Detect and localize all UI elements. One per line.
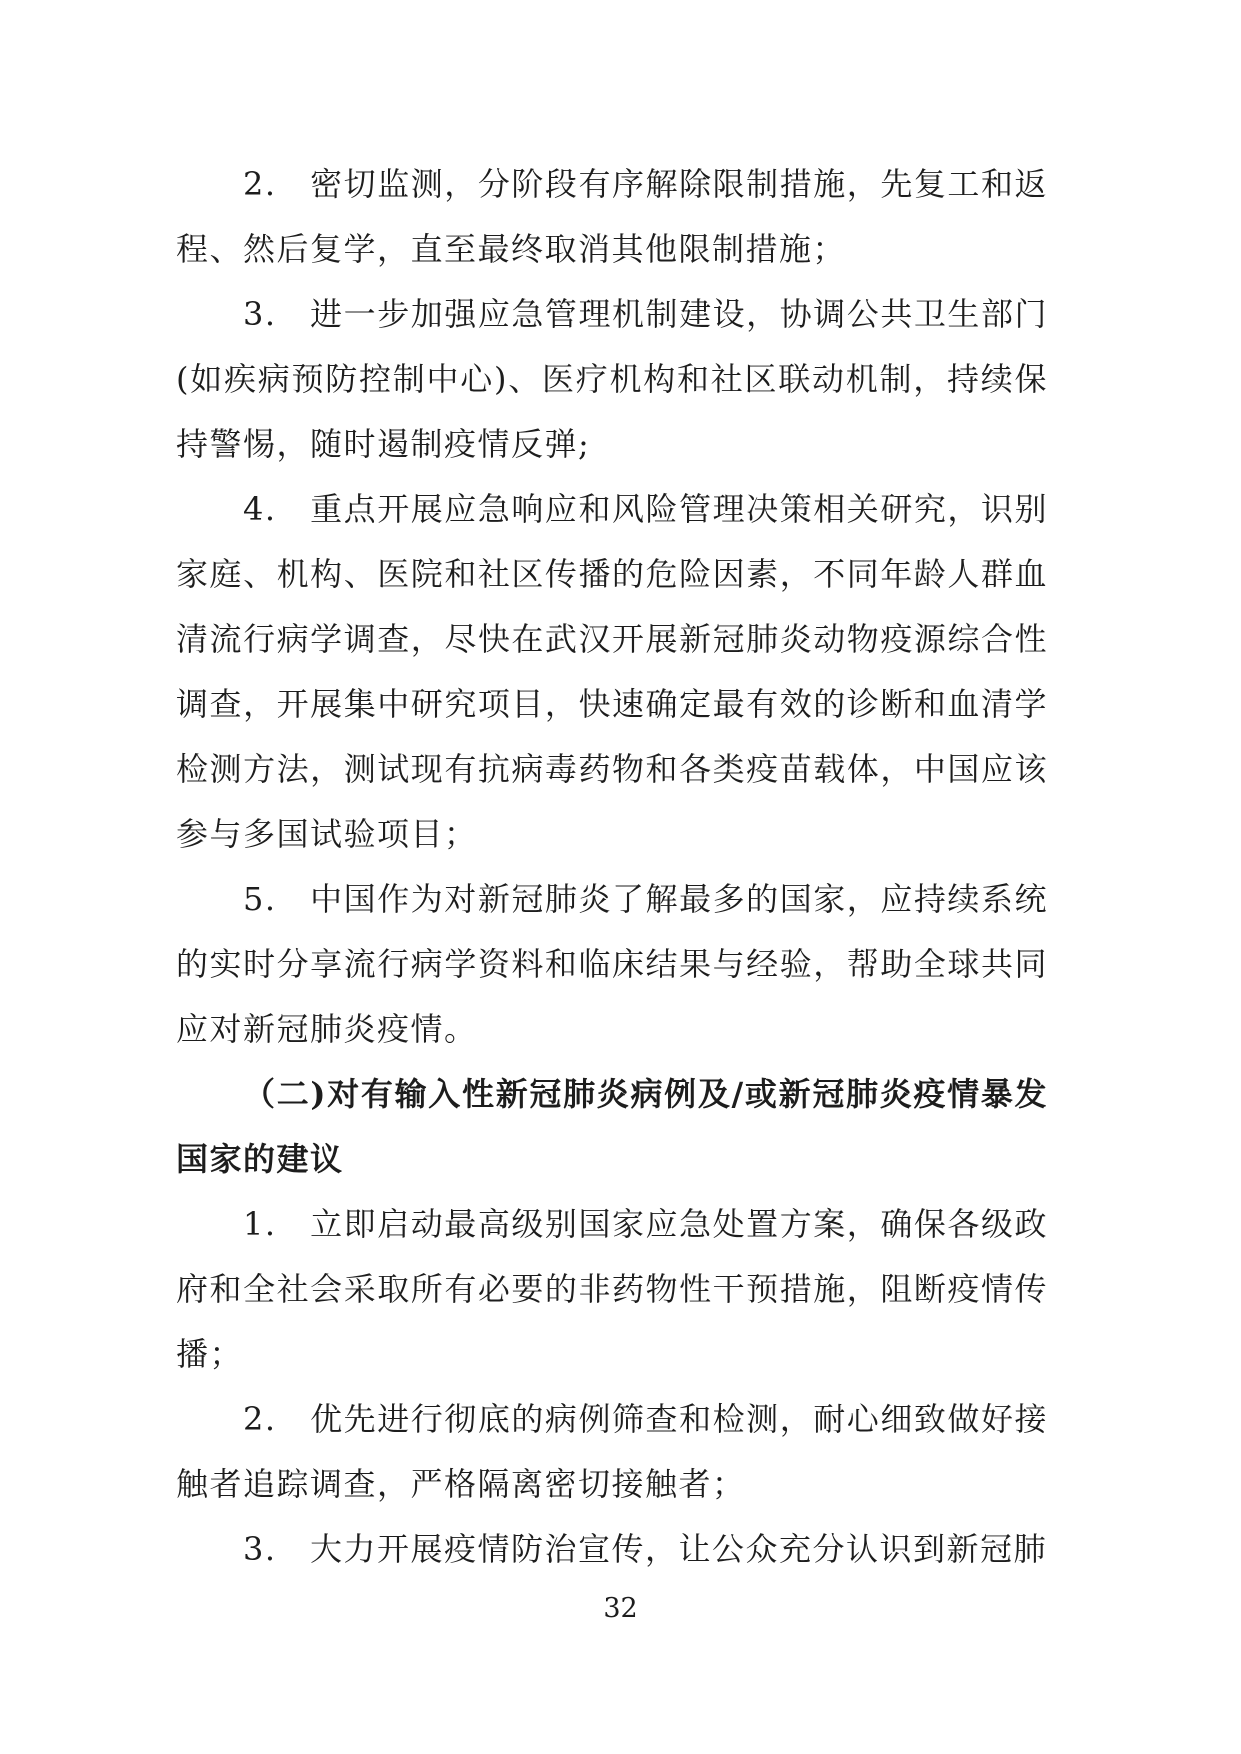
paragraph-recommendation-2: 2. 优先进行彻底的病例筛查和检测，耐心细致做好接触者追踪调查，严格隔离密切接触… [176,1387,1048,1517]
paragraph-measure-5: 5. 中国作为对新冠肺炎了解最多的国家，应持续系统的实时分享流行病学资料和临床结… [176,867,1048,1062]
paragraph-measure-4: 4. 重点开展应急响应和风险管理决策相关研究，识别家庭、机构、医院和社区传播的危… [176,477,1048,867]
paragraph-measure-3: 3. 进一步加强应急管理机制建设，协调公共卫生部门(如疾病预防控制中心)、医疗机… [176,282,1048,477]
paragraph-recommendation-1: 1. 立即启动最高级别国家应急处置方案，确保各级政府和全社会采取所有必要的非药物… [176,1192,1048,1387]
paragraph-measure-2: 2. 密切监测，分阶段有序解除限制措施，先复工和返程、然后复学，直至最终取消其他… [176,152,1048,282]
document-page: 2. 密切监测，分阶段有序解除限制措施，先复工和返程、然后复学，直至最终取消其他… [0,0,1241,1754]
paragraph-recommendation-3: 3. 大力开展疫情防治宣传，让公众充分认识到新冠肺 [176,1517,1048,1582]
page-number: 32 [0,1593,1241,1625]
document-body: 2. 密切监测，分阶段有序解除限制措施，先复工和返程、然后复学，直至最终取消其他… [176,152,1048,1582]
section-heading: （二)对有输入性新冠肺炎病例及/或新冠肺炎疫情暴发国家的建议 [176,1062,1048,1192]
